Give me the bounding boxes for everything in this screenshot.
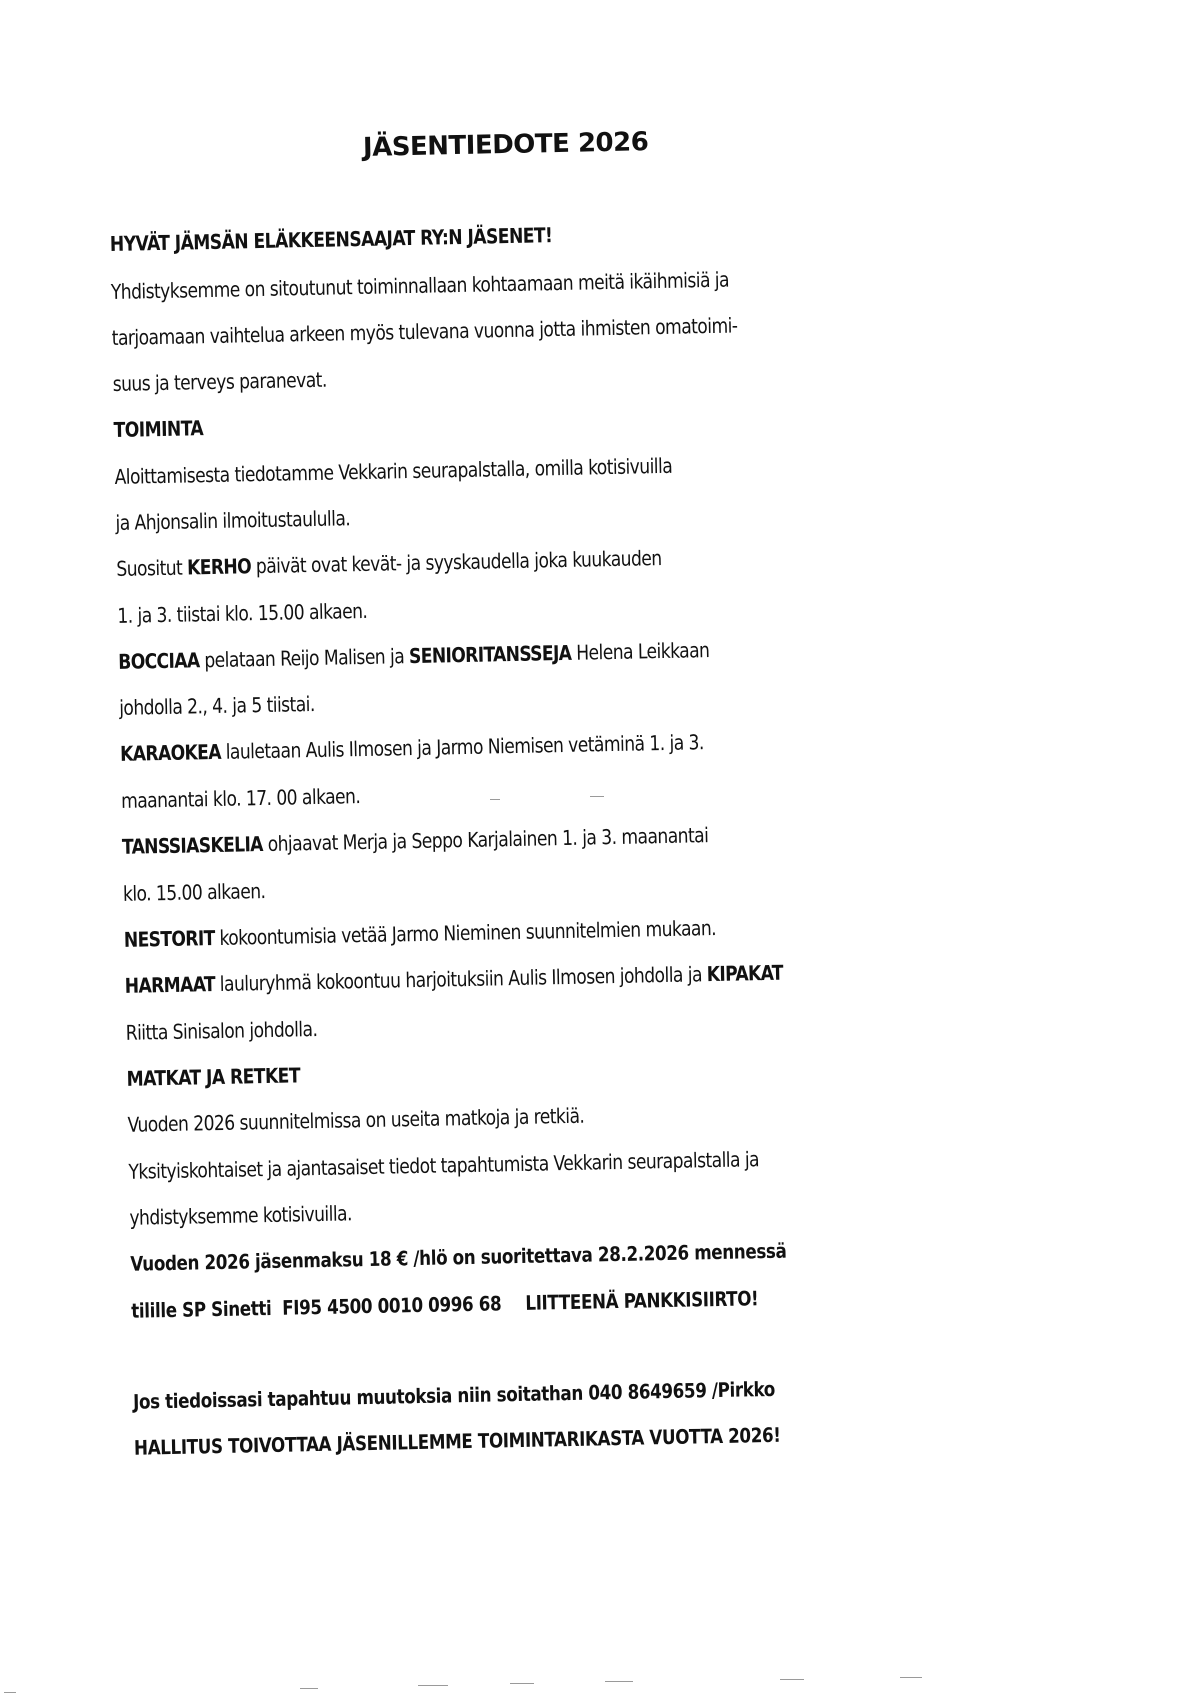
tanssiaskelia-line-1: TANSSIASKELIA ohjaavat Merja ja Seppo Ka… (122, 823, 709, 859)
toiminta-heading: TOIMINTA (113, 416, 203, 442)
contact-line: Jos tiedoissasi tapahtuu muutoksia niin … (133, 1377, 775, 1414)
intro-line-2: tarjoamaan vaihtelua arkeen myös tulevan… (112, 313, 738, 350)
nestorit-text: kokoontumisia vetää Jarmo Nieminen suunn… (214, 916, 716, 950)
scan-artifact (418, 1685, 448, 1686)
boccia-line-2: johdolla 2., 4. ja 5 tiistai. (119, 692, 315, 720)
nestorit-label: NESTORIT (124, 926, 215, 952)
kerho-line-1: Suositut KERHO päivät ovat kevät- ja syy… (116, 546, 662, 581)
announce-line-1: Aloittamisesta tiedotamme Vekkarin seura… (114, 454, 672, 489)
matkat-line-2: Yksityiskohtaiset ja ajantasaiset tiedot… (128, 1147, 759, 1184)
payment-line-2: tilille SP Sinetti FI95 4500 0010 0996 6… (131, 1286, 758, 1323)
scan-artifact (300, 1688, 318, 1689)
boccia-line-1: BOCCIAA pelataan Reijo Malisen ja SENIOR… (118, 638, 710, 674)
harmaat-line-1: HARMAAT lauluryhmä kokoontuu harjoituksi… (125, 961, 783, 998)
kipakat-label: KIPAKAT (707, 961, 783, 987)
tanssiaskelia-line-2: klo. 15.00 alkaen. (123, 879, 266, 906)
kerho-pre: Suositut (116, 556, 187, 581)
payment-line-1: Vuoden 2026 jäsenmaksu 18 € /hlö on suor… (130, 1239, 787, 1276)
karaoke-line-1: KARAOKEA lauletaan Aulis Ilmosen ja Jarm… (120, 730, 704, 766)
scan-artifact (4, 1692, 16, 1693)
payment-note: LIITTEENÄ PANKKISIIRTO! (525, 1286, 758, 1315)
document-page: JÄSENTIEDOTE 2026 HYVÄT JÄMSÄN ELÄKKEENS… (0, 0, 1200, 1696)
scan-artifact (900, 1677, 922, 1678)
nestorit-line: NESTORIT kokoontumisia vetää Jarmo Niemi… (124, 916, 717, 952)
boccia-label: BOCCIAA (118, 648, 200, 674)
payment-account: tilille SP Sinetti FI95 4500 0010 0996 6… (131, 1291, 501, 1322)
karaoke-line-2: maanantai klo. 17. 00 alkaen. (121, 784, 361, 813)
scan-artifact (490, 799, 500, 800)
document-title: JÄSENTIEDOTE 2026 (363, 127, 649, 163)
senioritanssit-label: SENIORITANSSEJA (409, 641, 572, 668)
greeting-heading: HYVÄT JÄMSÄN ELÄKKEENSAAJAT RY:N JÄSENET… (110, 223, 553, 256)
scan-artifact (780, 1679, 804, 1680)
kerho-post: päivät ovat kevät- ja syyskaudella joka … (251, 546, 662, 578)
matkat-line-3: yhdistyksemme kotisivuilla. (129, 1201, 352, 1229)
boccia-text-2: Helena Leikkaan (571, 638, 710, 665)
matkat-line-1: Vuoden 2026 suunnitelmissa on useita mat… (127, 1104, 584, 1137)
scan-artifact (590, 796, 604, 797)
tanssiaskelia-label: TANSSIASKELIA (122, 832, 263, 859)
harmaat-text: lauluryhmä kokoontuu harjoituksiin Aulis… (215, 962, 707, 996)
closing-line: HALLITUS TOIVOTTAA JÄSENILLEMME TOIMINTA… (134, 1423, 781, 1460)
intro-line-1: Yhdistyksemme on sitoutunut toiminnallaa… (111, 268, 730, 304)
kerho-line-2: 1. ja 3. tiistai klo. 15.00 alkaen. (117, 599, 367, 628)
karaoke-text: lauletaan Aulis Ilmosen ja Jarmo Niemise… (221, 730, 704, 764)
intro-line-3: suus ja terveys paranevat. (112, 368, 326, 396)
harmaat-line-2: Riitta Sinisalon johdolla. (125, 1017, 317, 1045)
scan-artifact (510, 1683, 534, 1684)
karaoke-label: KARAOKEA (120, 740, 221, 766)
harmaat-label: HARMAAT (125, 972, 216, 998)
matkat-heading: MATKAT JA RETKET (126, 1063, 300, 1090)
scan-artifact (605, 1681, 633, 1682)
boccia-text: pelataan Reijo Malisen ja (199, 644, 409, 672)
announce-line-2: ja Ahjonsalin ilmoitustaululla. (115, 506, 350, 535)
tanssiaskelia-text: ohjaavat Merja ja Seppo Karjalainen 1. j… (263, 823, 709, 856)
kerho-label: KERHO (187, 554, 251, 579)
